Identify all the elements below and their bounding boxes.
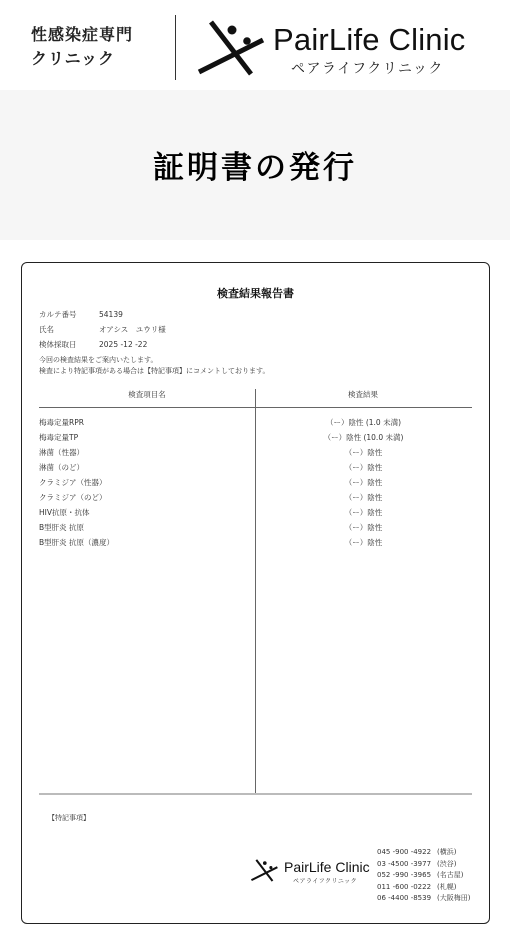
meta-label: 検体採取日 [39,337,99,352]
test-result: （ー）陰性 [255,475,472,490]
table-row: 梅毒定量TP（ー）陰性 (10.0 未満) [39,430,472,445]
test-name: クラミジア（性器） [39,475,255,490]
patient-meta: カルテ番号 54139 氏名 オアシス ユウリ様 検体採取日 2025 -12 … [39,307,166,352]
meta-value: 2025 -12 -22 [99,337,147,352]
intro-line-2: 検査により特記事項がある場合は【特記事項】にコメントしております。 [39,366,269,377]
phone-location: (名古屋) [437,870,463,882]
clinic-tagline: 性感染症専門 クリニック [31,23,133,71]
intro-text: 今回の検査結果をご案内いたします。 検査により特記事項がある場合は【特記事項】に… [39,355,269,377]
clinic-phone-list: 045 -900 -4922(横浜) 03 -4500 -3977(渋谷) 05… [377,847,470,905]
test-result: （ー）陰性 (10.0 未満) [255,430,472,445]
phone-number: 011 -600 -0222 [377,882,437,894]
phone-row: 045 -900 -4922(横浜) [377,847,470,859]
logo-name: PairLife Clinic [273,22,466,58]
notes-label: 【特記事項】 [48,813,90,823]
document-title: 検査結果報告書 [22,285,489,301]
phone-location: (札幌) [437,882,456,894]
column-header-test-name: 検査項目名 [39,389,255,400]
meta-value: オアシス ユウリ様 [99,322,166,337]
clinic-logo[interactable]: PairLife Clinic ペアライフクリニック [193,14,473,80]
phone-row: 03 -4500 -3977(渋谷) [377,859,470,871]
phone-location: (横浜) [437,847,456,859]
header-divider [175,15,176,80]
phone-number: 045 -900 -4922 [377,847,437,859]
test-name: クラミジア（のど） [39,490,255,505]
intro-line-1: 今回の検査結果をご案内いたします。 [39,355,269,366]
logo-mark-icon [193,14,267,80]
meta-value: 54139 [99,307,123,322]
test-result: （ー）陰性 [255,505,472,520]
certificate-card: 検査結果報告書 カルテ番号 54139 氏名 オアシス ユウリ様 検体採取日 2… [21,262,490,924]
phone-row: 011 -600 -0222(札幌) [377,882,470,894]
test-name: 淋菌（のど） [39,460,255,475]
test-name: B型肝炎 抗原（濃度） [39,535,255,550]
test-result: （ー）陰性 [255,460,472,475]
meta-label: カルテ番号 [39,307,99,322]
site-header: 性感染症専門 クリニック PairLife Clinic ペアライフクリニック [0,0,510,90]
table-row: クラミジア（のど）（ー）陰性 [39,490,472,505]
phone-location: (渋谷) [437,859,456,871]
meta-row-sample-date: 検体採取日 2025 -12 -22 [39,337,166,352]
phone-number: 052 -990 -3965 [377,870,437,882]
test-result: （ー）陰性 [255,490,472,505]
table-row: クラミジア（性器）（ー）陰性 [39,475,472,490]
phone-row: 052 -990 -3965(名古屋) [377,870,470,882]
footer-logo-name: PairLife Clinic [284,859,370,875]
table-bottom-rule [39,793,472,795]
meta-row-name: 氏名 オアシス ユウリ様 [39,322,166,337]
table-row: HIV抗原・抗体（ー）陰性 [39,505,472,520]
test-name: 梅毒定量RPR [39,415,255,430]
tagline-line-2: クリニック [31,47,133,71]
meta-row-chart-number: カルテ番号 54139 [39,307,166,322]
tagline-line-1: 性感染症専門 [31,23,133,47]
table-row: 梅毒定量RPR（ー）陰性 (1.0 未満) [39,415,472,430]
test-name: 梅毒定量TP [39,430,255,445]
test-result: （ー）陰性 (1.0 未満) [255,415,472,430]
table-row: 淋菌（性器）（ー）陰性 [39,445,472,460]
table-row: 淋菌（のど）（ー）陰性 [39,460,472,475]
page-title: 証明書の発行 [0,142,510,187]
test-name: HIV抗原・抗体 [39,505,255,520]
footer-logo-kana: ペアライフクリニック [293,876,357,885]
logo-kana: ペアライフクリニック [291,58,444,78]
table-row: B型肝炎 抗原（濃度）（ー）陰性 [39,535,472,550]
test-name: B型肝炎 抗原 [39,520,255,535]
title-band: 証明書の発行 [0,90,510,240]
phone-row: 06 -4400 -8539(大阪梅田) [377,893,470,905]
test-name: 淋菌（性器） [39,445,255,460]
test-result: （ー）陰性 [255,520,472,535]
table-row: B型肝炎 抗原（ー）陰性 [39,520,472,535]
test-result: （ー）陰性 [255,535,472,550]
results-table: 梅毒定量RPR（ー）陰性 (1.0 未満) 梅毒定量TP（ー）陰性 (10.0 … [39,415,472,550]
meta-label: 氏名 [39,322,99,337]
test-result: （ー）陰性 [255,445,472,460]
column-header-result: 検査結果 [255,389,471,400]
logo-mark-icon [249,856,279,884]
phone-number: 06 -4400 -8539 [377,893,437,905]
footer-logo: PairLife Clinic ペアライフクリニック [249,856,374,888]
phone-number: 03 -4500 -3977 [377,859,437,871]
phone-location: (大阪梅田) [437,893,470,905]
